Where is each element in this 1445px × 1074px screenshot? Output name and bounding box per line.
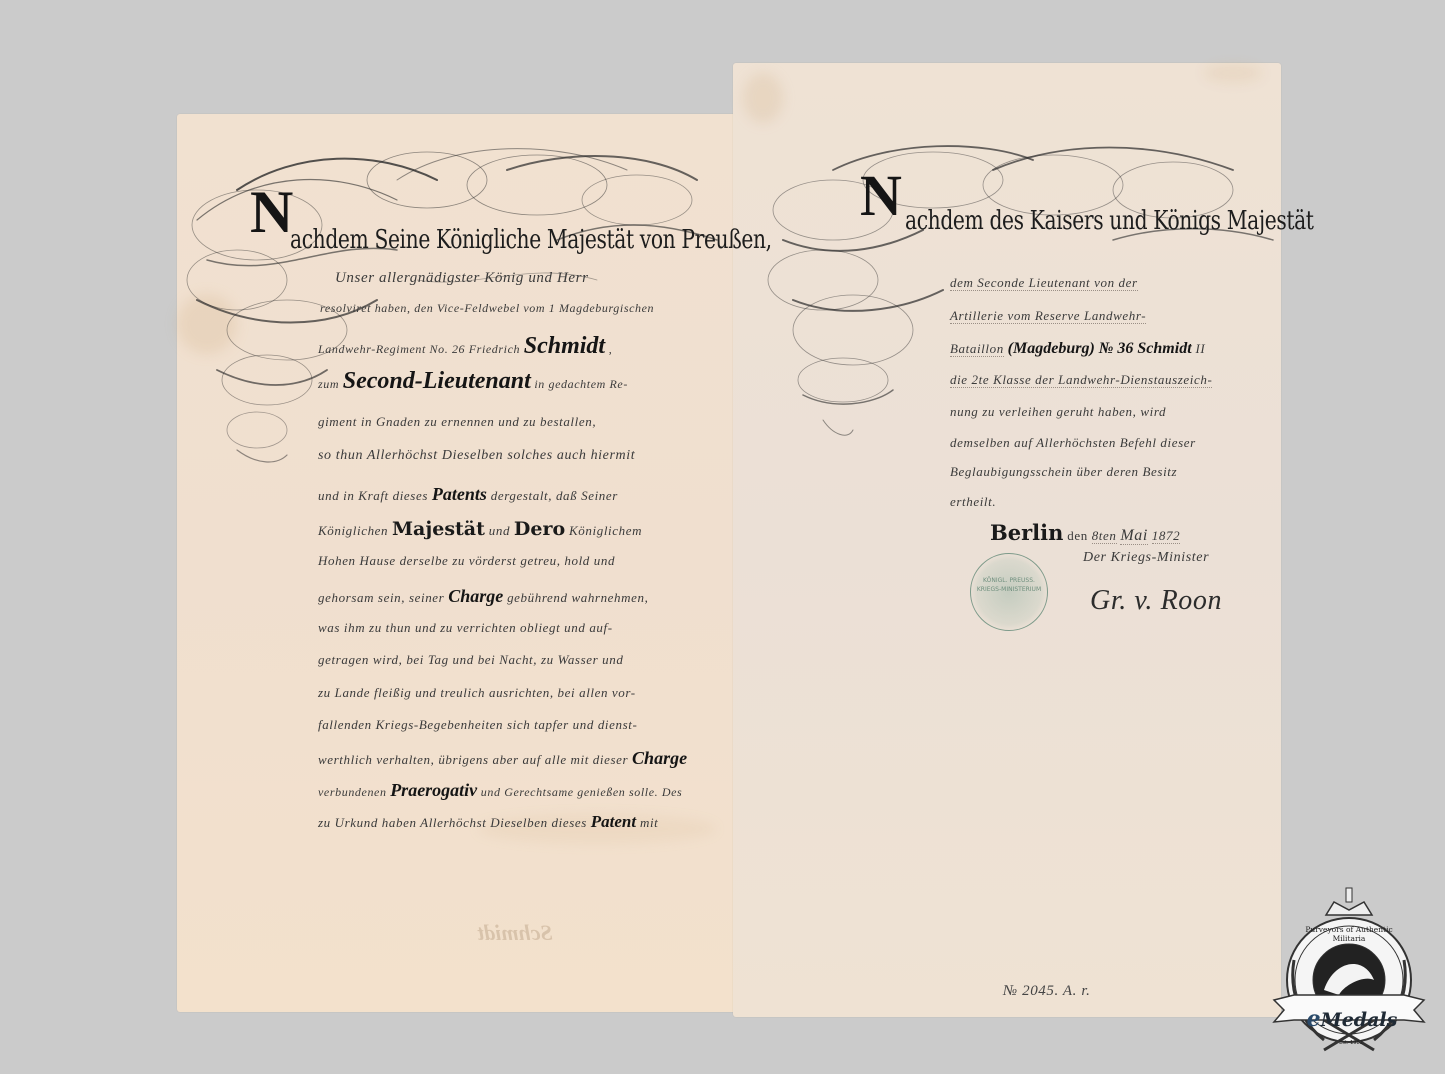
text-line: verbundenen Praerogativ und Gerechtsame … — [318, 780, 682, 801]
text-line: ertheilt. — [950, 494, 996, 510]
text-line: Unser allergnädigster König und Herr — [335, 270, 589, 287]
text-line: Artillerie vom Reserve Landwehr- — [950, 308, 1146, 324]
text-line: gehorsam sein, seiner Charge gebührend w… — [318, 586, 648, 607]
date-place: Berlin — [990, 520, 1063, 545]
logo-brand: eMedals — [1302, 1006, 1402, 1032]
date-month: Mai — [1120, 527, 1148, 545]
heading-initial-right: N — [860, 162, 902, 229]
text-line: werthlich verhalten, übrigens aber auf a… — [318, 748, 687, 769]
date-line: Berlin den 8ten Mai 1872 — [990, 520, 1180, 545]
text-line: zum Second-Lieutenant in gedachtem Re- — [318, 368, 628, 395]
rank-emphasis: Second-Lieutenant — [343, 368, 531, 394]
signature: Gr. v. Roon — [1090, 585, 1222, 617]
bleed-through-signature: Schmidt — [478, 920, 553, 946]
text-line: getragen wird, bei Tag und bei Nacht, zu… — [318, 652, 623, 668]
text-line: zu Lande fleißig und treulich ausrichten… — [318, 685, 636, 701]
text-line: demselben auf Allerhöchsten Befehl diese… — [950, 435, 1196, 451]
official-seal-stamp: KÖNIGL. PREUSS. KRIEGS-MINISTERIUM — [970, 553, 1048, 631]
logo-tagline: Purveyors of Authentic Militaria — [1294, 925, 1404, 943]
logo-established: Est. 1981 — [1334, 1040, 1368, 1046]
text-line: Landwehr-Regiment No. 26 Friedrich Schmi… — [318, 333, 612, 360]
text-line: dem Seconde Lieutenant von der — [950, 275, 1138, 291]
date-year: 1872 — [1152, 528, 1180, 544]
heading-right: achdem des Kaisers und Königs Majestät — [905, 206, 1314, 236]
text-line: resolviret haben, den Vice-Feldwebel vom… — [320, 301, 654, 316]
text-line: Beglaubigungsschein über deren Besitz — [950, 464, 1177, 480]
text-line: zu Urkund haben Allerhöchst Dieselben di… — [318, 812, 658, 832]
text-line: Hohen Hause derselbe zu vörderst getreu,… — [318, 553, 615, 569]
date-day: 8ten — [1092, 528, 1117, 544]
text-line: Königlichen Majestät und Dero Königliche… — [318, 518, 642, 540]
text-line: fallenden Kriegs-Begebenheiten sich tapf… — [318, 717, 637, 733]
name-emphasis: Schmidt — [524, 333, 605, 359]
text-line: so thun Allerhöchst Dieselben solches au… — [318, 448, 635, 464]
text-line: und in Kraft dieses Patents dergestalt, … — [318, 484, 618, 505]
text-line: nung zu verleihen geruht haben, wird — [950, 404, 1166, 420]
signatory-title: Der Kriegs-Minister — [1083, 550, 1209, 566]
text-line: die 2te Klasse der Landwehr-Dienstauszei… — [950, 372, 1212, 388]
text-line: Bataillon (Magdeburg) № 36 Schmidt II — [950, 340, 1205, 358]
emedals-watermark-logo: Purveyors of Authentic Militaria eMedals… — [1264, 880, 1434, 1070]
text-line: giment in Gnaden zu ernennen und zu best… — [318, 414, 596, 430]
seal-label: KÖNIGL. PREUSS. KRIEGS-MINISTERIUM — [971, 554, 1047, 630]
heading-left: achdem Seine Königliche Majestät von Pre… — [290, 225, 772, 255]
heading-initial-left: N — [250, 178, 293, 247]
serial-number: № 2045. A. r. — [1003, 983, 1091, 1000]
text-line: was ihm zu thun und zu verrichten oblieg… — [318, 620, 613, 636]
